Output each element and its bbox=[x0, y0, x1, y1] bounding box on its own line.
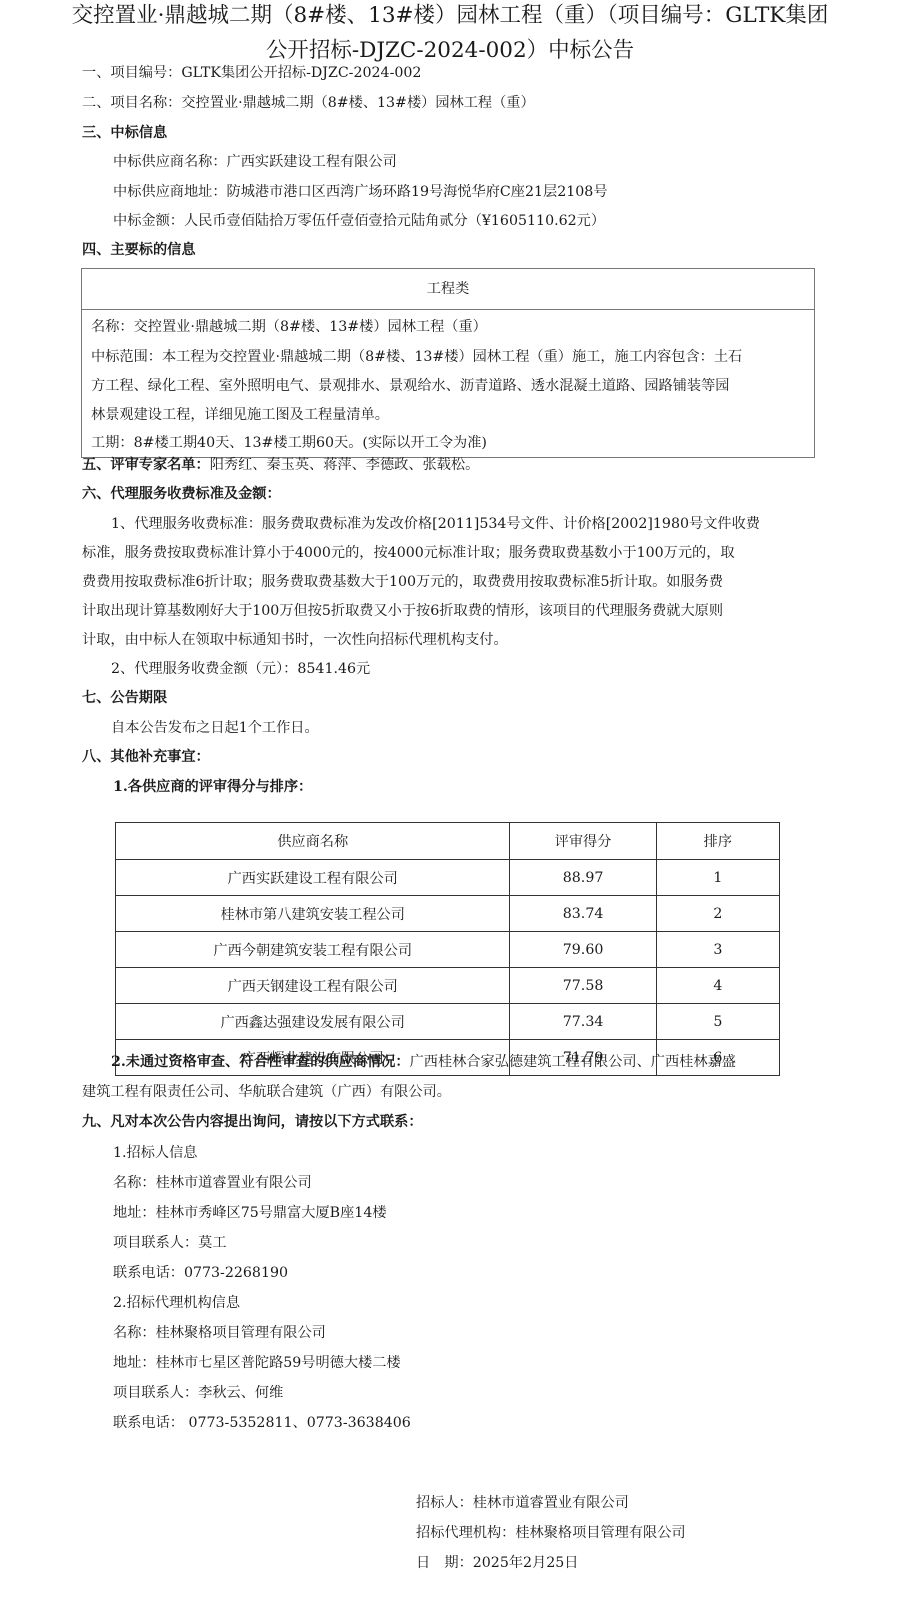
signature-tenderer: 招标人：桂林市道睿置业有限公司 bbox=[416, 1493, 629, 1513]
table-row: 桂林市第八建筑安装工程公司 83.74 2 bbox=[116, 896, 780, 932]
fee-standard-line-2: 标准，服务费按取费标准计算小于4000元的，按4000元标准计取；服务费取费基数… bbox=[82, 543, 735, 563]
section-heading-notice-period: 七、公告期限 bbox=[82, 688, 167, 708]
section-heading-agency-fee: 六、代理服务收费标准及金额： bbox=[82, 484, 281, 504]
table-row: 广西今朝建筑安装工程有限公司 79.60 3 bbox=[116, 932, 780, 968]
tenderer-phone: 联系电话：0773-2268190 bbox=[113, 1263, 288, 1283]
column-header-supplier: 供应商名称 bbox=[116, 823, 510, 860]
signature-date: 日 期：2025年2月25日 bbox=[416, 1553, 579, 1573]
supplier-score: 77.58 bbox=[510, 968, 656, 1004]
fee-standard-line-1: 1、代理服务收费标准：服务费取费标准为发改价格[2011]534号文件、计价格[… bbox=[111, 514, 760, 534]
winning-supplier-name: 中标供应商名称：广西实跃建设工程有限公司 bbox=[113, 152, 397, 172]
notice-period-text: 自本公告发布之日起1个工作日。 bbox=[111, 718, 319, 738]
supplier-rank: 2 bbox=[656, 896, 779, 932]
table-row: 广西鑫达强建设发展有限公司 77.34 5 bbox=[116, 1004, 780, 1040]
section-label: 二、项目名称： bbox=[82, 95, 181, 111]
project-number: GLTK集团公开招标-DJZC-2024-002 bbox=[181, 65, 421, 81]
table-row: 广西天钢建设工程有限公司 77.58 4 bbox=[116, 968, 780, 1004]
winning-supplier-address: 中标供应商地址：防城港市港口区西湾广场环路19号海悦华府C座21层2108号 bbox=[113, 182, 608, 202]
table-row: 广西实跃建设工程有限公司 88.97 1 bbox=[116, 860, 780, 896]
scope-line-1: 中标范围：本工程为交控置业·鼎越城二期（8#楼、13#楼）园林工程（重）施工，施… bbox=[91, 347, 742, 367]
column-header-rank: 排序 bbox=[656, 823, 779, 860]
disqualified-suppliers-line-2: 建筑工程有限责任公司、华航联合建筑（广西）有限公司。 bbox=[82, 1082, 451, 1102]
agency-address: 地址：桂林市七星区普陀路59号明德大楼二楼 bbox=[113, 1353, 401, 1373]
tenderer-address: 地址：桂林市秀峰区75号鼎富大厦B座14楼 bbox=[113, 1203, 387, 1223]
supplier-score: 88.97 bbox=[510, 860, 656, 896]
scope-line-3: 林景观建设工程，详细见施工图及工程量清单。 bbox=[91, 405, 389, 425]
scope-line-2: 方工程、绿化工程、室外照明电气、景观排水、景观给水、沥青道路、透水混凝土道路、园… bbox=[91, 376, 729, 396]
disqualified-label: 2.未通过资格审查、符合性审查的供应商情况： bbox=[111, 1054, 410, 1070]
section-label: 一、项目编号： bbox=[82, 65, 181, 81]
supplier-name: 广西今朝建筑安装工程有限公司 bbox=[116, 932, 510, 968]
section-project-name: 二、项目名称：交控置业·鼎越城二期（8#楼、13#楼）园林工程（重） bbox=[82, 93, 535, 113]
section-heading-contacts: 九、凡对本次公告内容提出询问，请按以下方式联系： bbox=[82, 1112, 423, 1132]
supplier-score: 83.74 bbox=[510, 896, 656, 932]
subject-info-box: 工程类 名称：交控置业·鼎越城二期（8#楼、13#楼）园林工程（重） 中标范围：… bbox=[81, 268, 815, 458]
column-header-score: 评审得分 bbox=[510, 823, 656, 860]
supplier-name: 广西天钢建设工程有限公司 bbox=[116, 968, 510, 1004]
fee-standard-line-4: 计取出现计算基数刚好大于100万但按5折取费又小于按6折取费的情形，该项目的代理… bbox=[82, 601, 723, 621]
section-heading-award-info: 三、中标信息 bbox=[82, 123, 167, 143]
fee-standard-line-5: 计取，由中标人在领取中标通知书时，一次性向招标代理机构支付。 bbox=[82, 630, 508, 650]
section-experts: 五、评审专家名单：阳秀红、秦玉英、蒋萍、李德政、张载松。 bbox=[82, 455, 479, 475]
agency-info-title: 2.招标代理机构信息 bbox=[113, 1293, 240, 1313]
disqualified-suppliers-line-1: 2.未通过资格审查、符合性审查的供应商情况：广西桂林合家弘德建筑工程有限公司、广… bbox=[111, 1052, 736, 1072]
signature-agency: 招标代理机构：桂林聚格项目管理有限公司 bbox=[416, 1523, 686, 1543]
tenderer-contact: 项目联系人：莫工 bbox=[113, 1233, 227, 1253]
supplier-score: 77.34 bbox=[510, 1004, 656, 1040]
table-header-row: 供应商名称 评审得分 排序 bbox=[116, 823, 780, 860]
supplier-rank: 4 bbox=[656, 968, 779, 1004]
scores-subheading: 1.各供应商的评审得分与排序： bbox=[113, 777, 312, 797]
subject-name: 名称：交控置业·鼎越城二期（8#楼、13#楼）园林工程（重） bbox=[91, 317, 487, 337]
scores-table: 供应商名称 评审得分 排序 广西实跃建设工程有限公司 88.97 1 桂林市第八… bbox=[115, 822, 780, 1076]
construction-duration: 工期：8#楼工期40天、13#楼工期60天。(实际以开工令为准) bbox=[91, 433, 487, 453]
expert-list: 阳秀红、秦玉英、蒋萍、李德政、张载松。 bbox=[210, 457, 480, 473]
fee-amount: 2、代理服务收费金额（元）：8541.46元 bbox=[111, 659, 370, 679]
supplier-rank: 3 bbox=[656, 932, 779, 968]
section-project-number: 一、项目编号：GLTK集团公开招标-DJZC-2024-002 bbox=[82, 63, 421, 83]
agency-name: 名称：桂林聚格项目管理有限公司 bbox=[113, 1323, 326, 1343]
agency-contact: 项目联系人：李秋云、何维 bbox=[113, 1383, 283, 1403]
section-heading-other-matters: 八、其他补充事宜： bbox=[82, 747, 210, 767]
supplier-name: 桂林市第八建筑安装工程公司 bbox=[116, 896, 510, 932]
disqualified-list-part-1: 广西桂林合家弘德建筑工程有限公司、广西桂林嘉盛 bbox=[410, 1054, 736, 1070]
section-heading-main-subject: 四、主要标的信息 bbox=[82, 240, 196, 260]
tenderer-info-title: 1.招标人信息 bbox=[113, 1143, 197, 1163]
tenderer-name: 名称：桂林市道睿置业有限公司 bbox=[113, 1173, 312, 1193]
box-header-category: 工程类 bbox=[82, 269, 814, 310]
agency-phone: 联系电话： 0773-5352811、0773-3638406 bbox=[113, 1413, 411, 1433]
section-label: 五、评审专家名单： bbox=[82, 457, 210, 473]
supplier-rank: 5 bbox=[656, 1004, 779, 1040]
supplier-name: 广西鑫达强建设发展有限公司 bbox=[116, 1004, 510, 1040]
fee-standard-line-3: 费费用按取费标准6折计取；服务费取费基数大于100万元的，取费费用按取费标准5折… bbox=[82, 572, 723, 592]
supplier-score: 79.60 bbox=[510, 932, 656, 968]
title-line-1: 交控置业·鼎越城二期（8#楼、13#楼）园林工程（重）（项目编号：GLTK集团 bbox=[40, 0, 860, 33]
page-title: 交控置业·鼎越城二期（8#楼、13#楼）园林工程（重）（项目编号：GLTK集团 … bbox=[40, 0, 860, 68]
project-name: 交控置业·鼎越城二期（8#楼、13#楼）园林工程（重） bbox=[181, 95, 534, 111]
supplier-name: 广西实跃建设工程有限公司 bbox=[116, 860, 510, 896]
winning-amount: 中标金额：人民币壹佰陆拾万零伍仟壹佰壹拾元陆角贰分（¥1605110.62元） bbox=[113, 211, 605, 231]
supplier-rank: 1 bbox=[656, 860, 779, 896]
